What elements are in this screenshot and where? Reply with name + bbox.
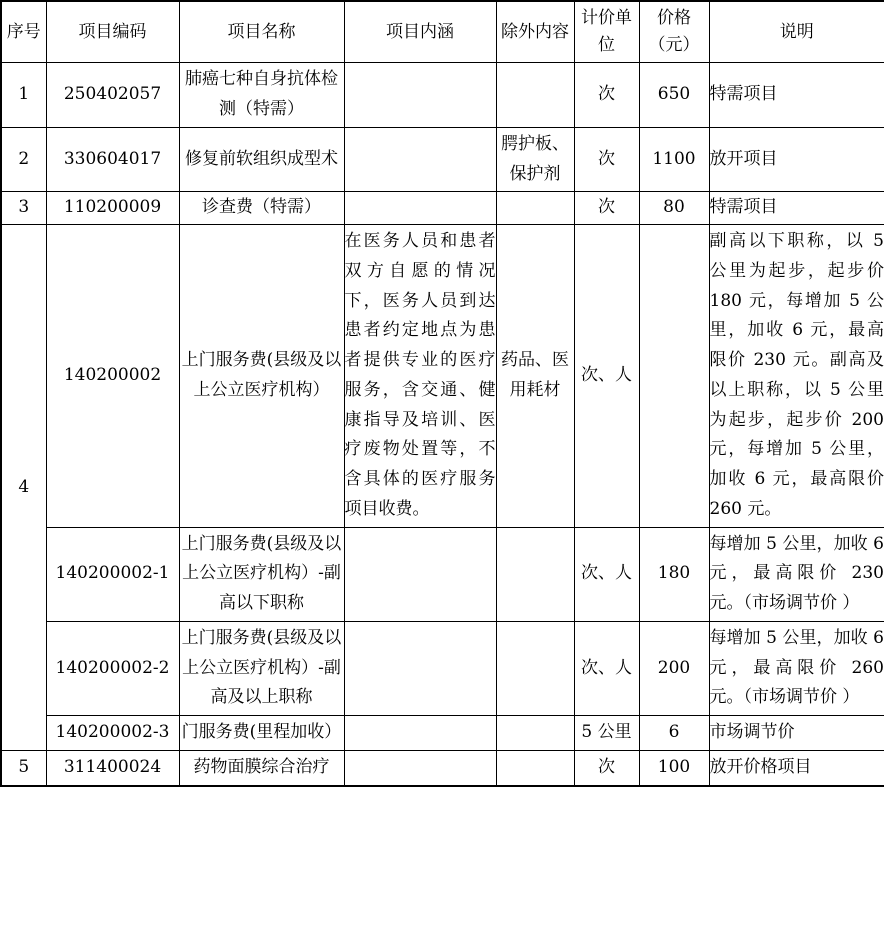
cell-seq: 3 xyxy=(1,192,46,225)
cell-note: 每增加 5 公里，加收 6 元，最高限价 260 元。（市场调节价 ） xyxy=(709,621,884,715)
cell-content xyxy=(344,750,496,785)
cell-name: 门服务费(里程加收） xyxy=(179,716,344,751)
cell-price: 200 xyxy=(639,621,709,715)
cell-exclusion xyxy=(496,621,574,715)
header-seq: 序号 xyxy=(1,1,46,63)
cell-name: 肺癌七种自身抗体检测（特需） xyxy=(179,63,344,128)
table-row: 140200002-2上门服务费(县级及以上公立医疗机构）-副高及以上职称次、人… xyxy=(1,621,884,715)
cell-note: 每增加 5 公里，加收 6 元，最高限价 230 元。（市场调节价 ） xyxy=(709,527,884,621)
table-row: 4140200002上门服务费(县级及以上公立医疗机构）在医务人员和患者双方自愿… xyxy=(1,225,884,528)
cell-content xyxy=(344,527,496,621)
cell-price: 6 xyxy=(639,716,709,751)
cell-name: 诊查费（特需） xyxy=(179,192,344,225)
header-name: 项目名称 xyxy=(179,1,344,63)
cell-name: 上门服务费(县级及以上公立医疗机构）-副高及以上职称 xyxy=(179,621,344,715)
header-row: 序号项目编码项目名称项目内涵除外内容计价单位价格（元）说明 xyxy=(1,1,884,63)
cell-price: 650 xyxy=(639,63,709,128)
cell-code: 330604017 xyxy=(46,127,179,192)
table-row: 3110200009诊查费（特需）次80特需项目 xyxy=(1,192,884,225)
table-row: 1250402057肺癌七种自身抗体检测（特需）次650特需项目 xyxy=(1,63,884,128)
cell-price: 1100 xyxy=(639,127,709,192)
cell-price xyxy=(639,225,709,528)
cell-exclusion: 腭护板、保护剂 xyxy=(496,127,574,192)
cell-unit: 次 xyxy=(574,192,639,225)
header-unit: 计价单位 xyxy=(574,1,639,63)
cell-content xyxy=(344,63,496,128)
cell-code: 140200002-3 xyxy=(46,716,179,751)
cell-seq: 5 xyxy=(1,750,46,785)
document-page: 序号项目编码项目名称项目内涵除外内容计价单位价格（元）说明 1250402057… xyxy=(0,0,884,944)
cell-price: 80 xyxy=(639,192,709,225)
header-code: 项目编码 xyxy=(46,1,179,63)
cell-exclusion xyxy=(496,527,574,621)
cell-price: 180 xyxy=(639,527,709,621)
cell-unit: 次 xyxy=(574,63,639,128)
table-row: 140200002-1上门服务费(县级及以上公立医疗机构）-副高以下职称次、人1… xyxy=(1,527,884,621)
cell-unit: 次、人 xyxy=(574,527,639,621)
cell-note: 特需项目 xyxy=(709,192,884,225)
table-header: 序号项目编码项目名称项目内涵除外内容计价单位价格（元）说明 xyxy=(1,1,884,63)
cell-unit: 5 公里 xyxy=(574,716,639,751)
cell-note: 副高以下职称，以 5 公里为起步，起步价 180 元，每增加 5 公里，加收 6… xyxy=(709,225,884,528)
cell-content: 在医务人员和患者双方自愿的情况下，医务人员到达患者约定地点为患者提供专业的医疗服… xyxy=(344,225,496,528)
cell-seq: 2 xyxy=(1,127,46,192)
cell-unit: 次 xyxy=(574,127,639,192)
cell-content xyxy=(344,127,496,192)
cell-seq: 1 xyxy=(1,63,46,128)
cell-code: 110200009 xyxy=(46,192,179,225)
cell-exclusion xyxy=(496,716,574,751)
header-exclusion: 除外内容 xyxy=(496,1,574,63)
cell-exclusion xyxy=(496,192,574,225)
cell-name: 药物面膜综合治疗 xyxy=(179,750,344,785)
cell-code: 250402057 xyxy=(46,63,179,128)
header-price: 价格（元） xyxy=(639,1,709,63)
cell-unit: 次 xyxy=(574,750,639,785)
cell-unit: 次、人 xyxy=(574,621,639,715)
cell-exclusion xyxy=(496,63,574,128)
cell-seq: 4 xyxy=(1,225,46,751)
header-note: 说明 xyxy=(709,1,884,63)
cell-name: 上门服务费(县级及以上公立医疗机构）-副高以下职称 xyxy=(179,527,344,621)
cell-name: 修复前软组织成型术 xyxy=(179,127,344,192)
table-body: 1250402057肺癌七种自身抗体检测（特需）次650特需项目23306040… xyxy=(1,63,884,786)
cell-exclusion: 药品、医用耗材 xyxy=(496,225,574,528)
cell-unit: 次、人 xyxy=(574,225,639,528)
cell-price: 100 xyxy=(639,750,709,785)
cell-code: 140200002-2 xyxy=(46,621,179,715)
header-content: 项目内涵 xyxy=(344,1,496,63)
cell-note: 市场调节价 xyxy=(709,716,884,751)
cell-code: 311400024 xyxy=(46,750,179,785)
cell-note: 特需项目 xyxy=(709,63,884,128)
price-table: 序号项目编码项目名称项目内涵除外内容计价单位价格（元）说明 1250402057… xyxy=(0,0,884,787)
table-row: 5311400024药物面膜综合治疗次100放开价格项目 xyxy=(1,750,884,785)
cell-exclusion xyxy=(496,750,574,785)
table-row: 2330604017修复前软组织成型术腭护板、保护剂次1100放开项目 xyxy=(1,127,884,192)
cell-name: 上门服务费(县级及以上公立医疗机构） xyxy=(179,225,344,528)
cell-note: 放开价格项目 xyxy=(709,750,884,785)
cell-content xyxy=(344,192,496,225)
cell-content xyxy=(344,716,496,751)
cell-code: 140200002-1 xyxy=(46,527,179,621)
cell-code: 140200002 xyxy=(46,225,179,528)
cell-content xyxy=(344,621,496,715)
cell-note: 放开项目 xyxy=(709,127,884,192)
table-row: 140200002-3门服务费(里程加收）5 公里6市场调节价 xyxy=(1,716,884,751)
